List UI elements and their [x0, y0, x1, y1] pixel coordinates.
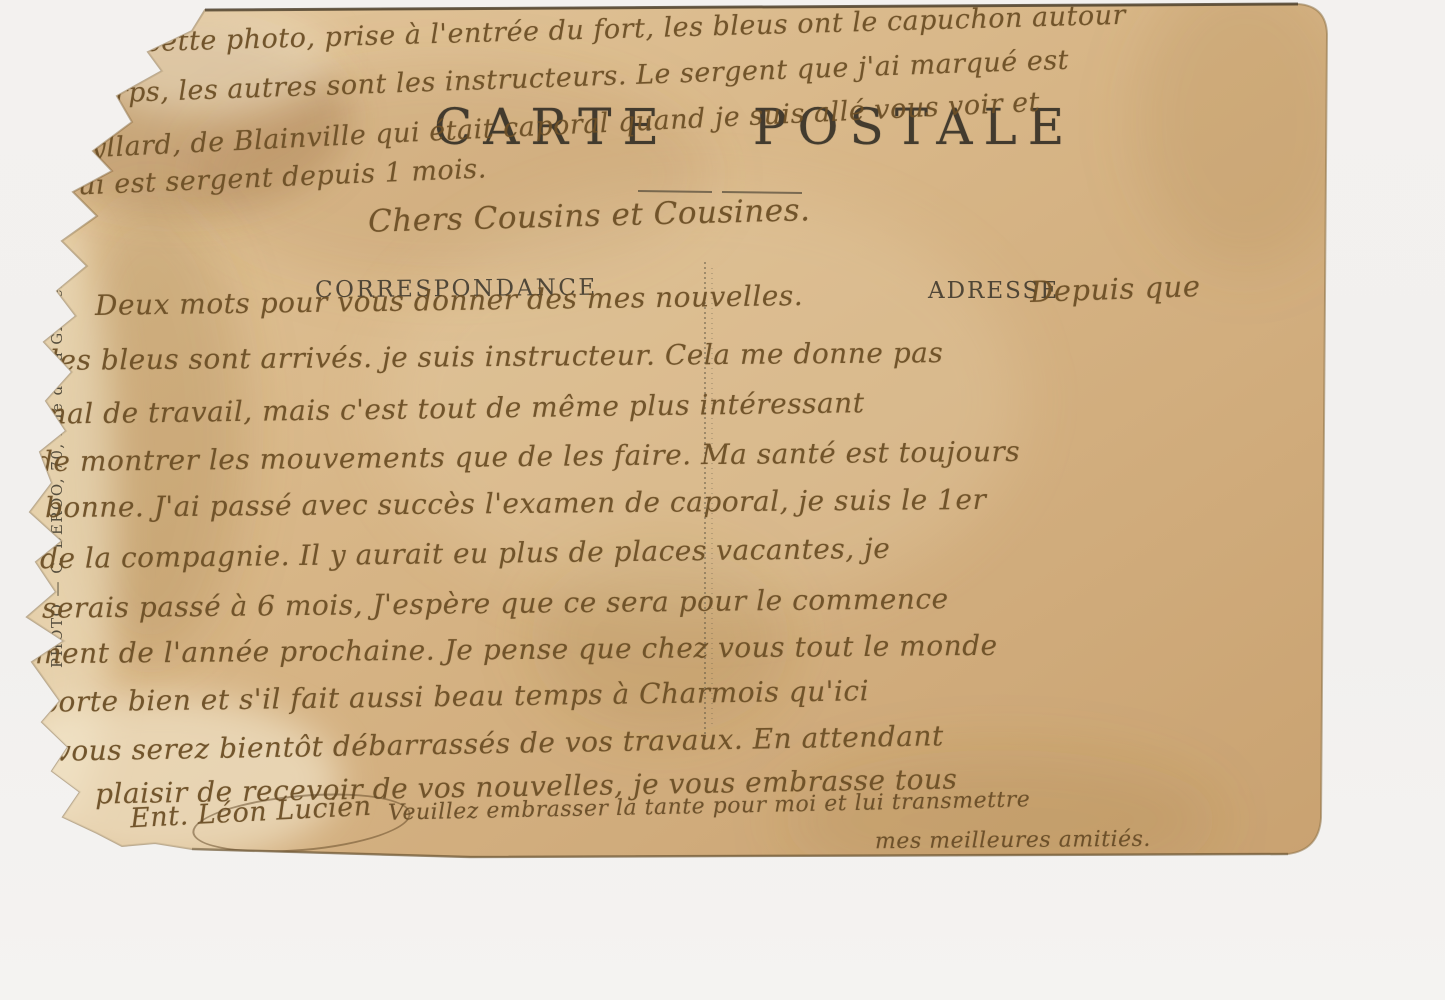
postscript-line: mes meilleures amitiés.	[875, 827, 1151, 854]
handwriting-line: porte bien et s'il fait aussi beau temps…	[40, 674, 869, 719]
handwriting-line: bonne. J'ai passé avec succès l'examen d…	[45, 483, 987, 524]
handwriting-line: serais passé à 6 mois, J'espère que ce s…	[42, 582, 949, 624]
handwriting-line: de montrer les mouvements que de les fai…	[35, 435, 1020, 478]
handwriting-line: Depuis que	[1029, 269, 1201, 309]
salutation: Chers Cousins et Cousines.	[368, 192, 811, 240]
scanned-postcard-back: CARTE POSTALE CORRESPONDANCE ADRESSE PHO…	[0, 0, 1445, 1000]
handwriting-line: de la compagnie. Il y aurait eu plus de …	[40, 532, 891, 575]
handwriting-line: les bleus sont arrivés. je suis instruct…	[50, 336, 944, 377]
handwriting-line: Deux mots pour vous donner des mes nouve…	[95, 279, 804, 322]
handwriting-line: ment de l'année prochaine. Je pense que …	[35, 629, 998, 670]
handwriting-line: vous serez bientôt débarrassés de vos tr…	[55, 719, 944, 768]
handwriting-line: mal de travail, mais c'est tout de même …	[40, 386, 865, 431]
